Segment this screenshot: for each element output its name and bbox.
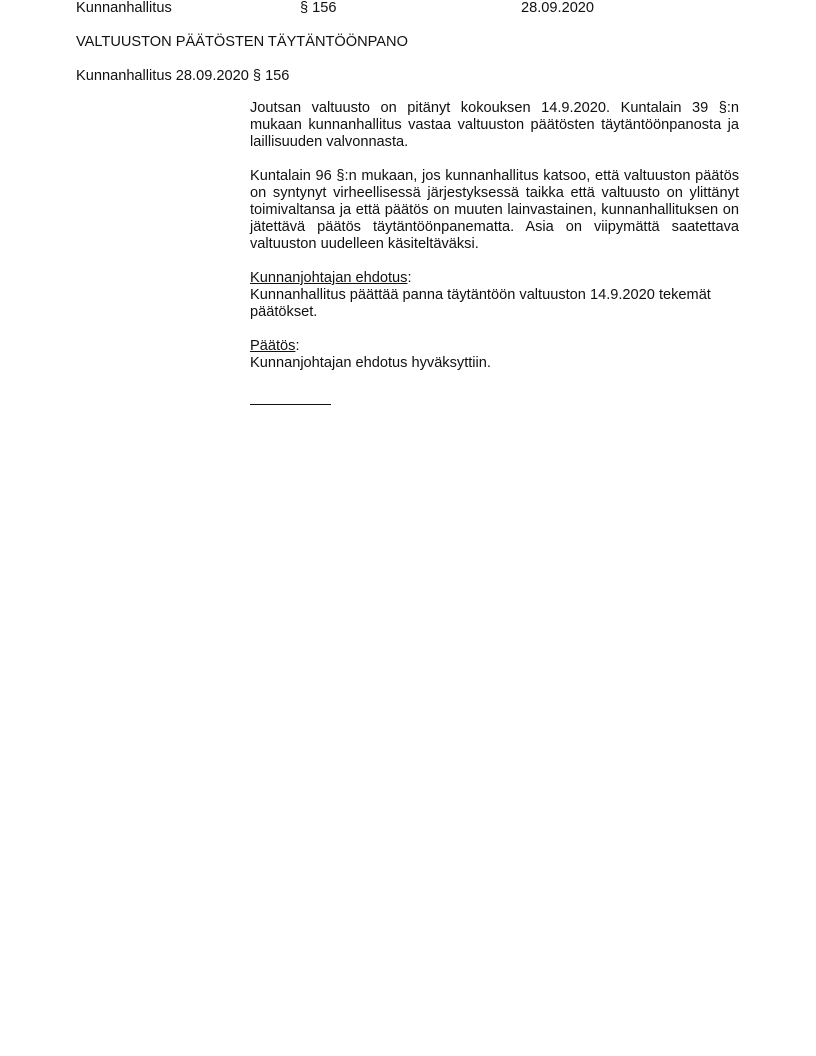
header-date: 28.09.2020	[521, 0, 594, 18]
meeting-reference: Kunnanhallitus 28.09.2020 § 156	[76, 67, 289, 85]
document-header: Kunnanhallitus § 156 28.09.2020	[76, 0, 776, 18]
decision-label: Päätös	[250, 338, 295, 354]
paragraph-legal-basis: Kuntalain 96 §:n mukaan, jos kunnanhalli…	[250, 168, 739, 253]
decision-label-colon: :	[295, 338, 299, 354]
decision-section: Päätös: Kunnanjohtajan ehdotus hyväksytt…	[250, 338, 739, 372]
closing-rule	[250, 389, 331, 406]
proposal-section: Kunnanjohtajan ehdotus: Kunnanhallitus p…	[250, 270, 739, 321]
proposal-label-colon: :	[407, 270, 411, 286]
header-section-number: § 156	[300, 0, 337, 18]
proposal-label: Kunnanjohtajan ehdotus	[250, 270, 407, 286]
proposal-text: Kunnanhallitus päättää panna täytäntöön …	[250, 287, 739, 321]
proposal-heading: Kunnanjohtajan ehdotus:	[250, 270, 739, 287]
document-title: VALTUUSTON PÄÄTÖSTEN TÄYTÄNTÖÖNPANO	[76, 33, 408, 51]
document-body: Joutsan valtuusto on pitänyt kokouksen 1…	[250, 100, 739, 406]
decision-text: Kunnanjohtajan ehdotus hyväksyttiin.	[250, 355, 739, 372]
decision-heading: Päätös:	[250, 338, 739, 355]
paragraph-intro: Joutsan valtuusto on pitänyt kokouksen 1…	[250, 100, 739, 151]
header-body-name: Kunnanhallitus	[76, 0, 172, 18]
